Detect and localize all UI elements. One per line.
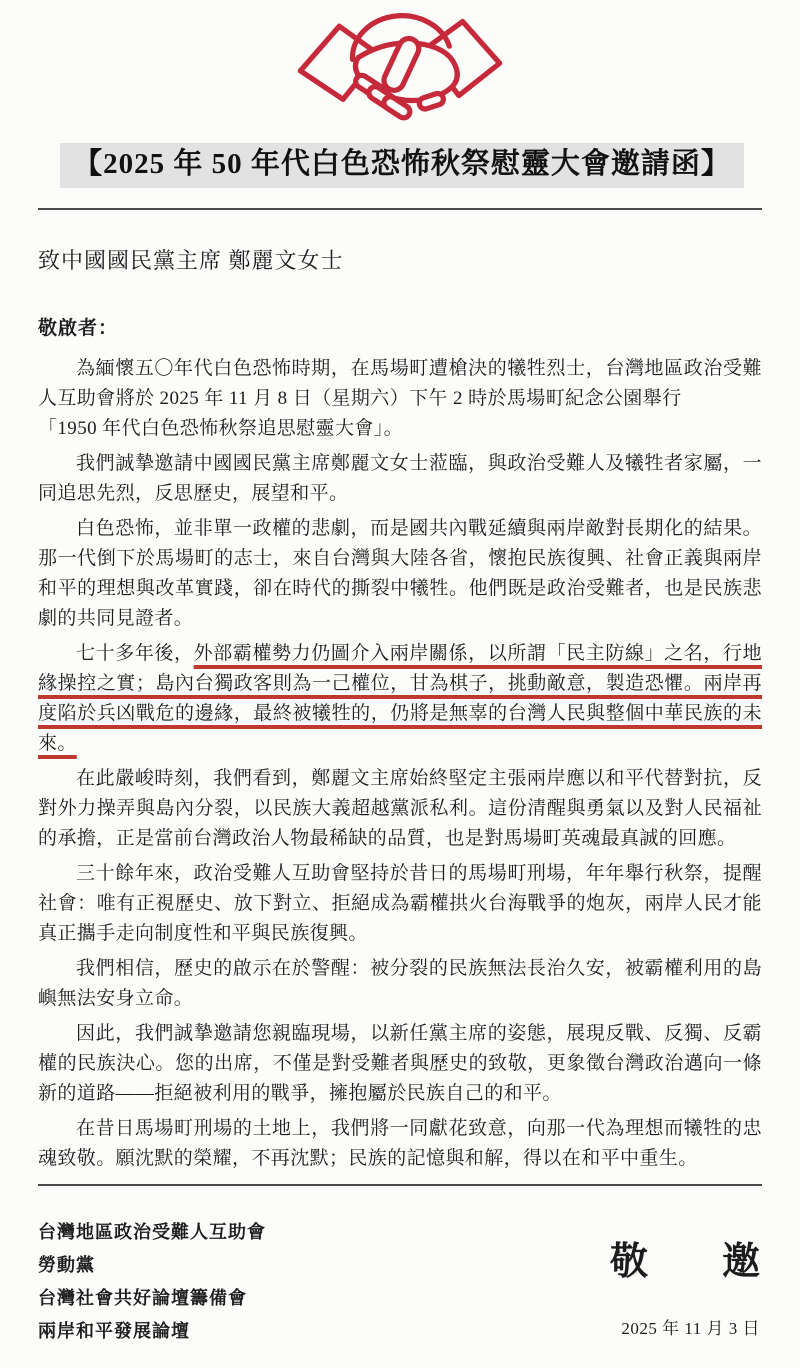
paragraph-1: 為緬懷五〇年代白色恐怖時期，在馬場町遭槍決的犧牲烈士，台灣地區政治受難人互助會將… xyxy=(38,354,762,444)
divider-bottom xyxy=(38,1184,762,1186)
organization-3: 台灣社會共好論壇籌備會 xyxy=(38,1282,266,1315)
closing-char-right: 邀 xyxy=(722,1242,760,1284)
paragraph-7: 我們相信，歷史的啟示在於警醒：被分裂的民族無法長治久安，被霸權利用的島嶼無法安身… xyxy=(38,954,762,1014)
invitation-letter-page: 【2025 年 50 年代白色恐怖秋祭慰靈大會邀請函】 致中國國民黨主席 鄭麗文… xyxy=(0,0,800,1368)
closing-char-left: 敬 xyxy=(610,1242,648,1284)
salutation: 敬啟者： xyxy=(38,313,762,340)
handshake-icon xyxy=(295,12,505,124)
paragraph-2: 我們誠摯邀請中國國民黨主席鄭麗文女士蒞臨，與政治受難人及犧牲者家屬，一同追思先烈… xyxy=(38,449,762,509)
organization-list: 台灣地區政治受難人互助會 勞動黨 台灣社會共好論壇籌備會 兩岸和平發展論壇 xyxy=(38,1216,266,1348)
letter-date: 2025 年 11 月 3 日 xyxy=(610,1314,760,1339)
paragraph-5: 在此嚴峻時刻，我們看到，鄭麗文主席始終堅定主張兩岸應以和平代替對抗，反對外力操弄… xyxy=(38,764,762,854)
organization-2: 勞動黨 xyxy=(38,1249,266,1282)
paragraph-6: 三十餘年來，政治受難人互助會堅持於昔日的馬場町刑場，年年舉行秋祭，提醒社會：唯有… xyxy=(38,859,762,949)
paragraph-4: 七十多年後，外部霸權勢力仍圖介入兩岸關係，以所謂「民主防線」之名，行地緣操控之實… xyxy=(38,639,762,759)
logo-container xyxy=(38,12,762,129)
letter-body: 為緬懷五〇年代白色恐怖時期，在馬場町遭槍決的犧牲烈士，台灣地區政治受難人互助會將… xyxy=(38,354,762,1174)
organization-4: 兩岸和平發展論壇 xyxy=(38,1315,266,1348)
respectfully-invite: 敬 邀 xyxy=(610,1242,760,1284)
paragraph-4-prefix: 七十多年後， xyxy=(76,643,194,664)
paragraph-3: 白色恐怖，並非單一政權的悲劇，而是國共內戰延續與兩岸敵對長期化的結果。那一代倒下… xyxy=(38,514,762,634)
closing-block: 敬 邀 2025 年 11 月 3 日 xyxy=(610,1216,762,1339)
recipient-line: 致中國國民黨主席 鄭麗文女士 xyxy=(38,244,762,275)
divider-top xyxy=(38,208,762,210)
paragraph-9: 在昔日馬場町刑場的土地上，我們將一同獻花致意，向那一代為理想而犧牲的忠魂致敬。願… xyxy=(38,1114,762,1174)
signature-section: 台灣地區政治受難人互助會 勞動黨 台灣社會共好論壇籌備會 兩岸和平發展論壇 敬 … xyxy=(38,1216,762,1348)
letter-title: 【2025 年 50 年代白色恐怖秋祭慰靈大會邀請函】 xyxy=(60,143,744,188)
organization-1: 台灣地區政治受難人互助會 xyxy=(38,1216,266,1249)
paragraph-8: 因此，我們誠摯邀請您親臨現場，以新任黨主席的姿態，展現反戰、反獨、反霸權的民族決… xyxy=(38,1019,762,1109)
